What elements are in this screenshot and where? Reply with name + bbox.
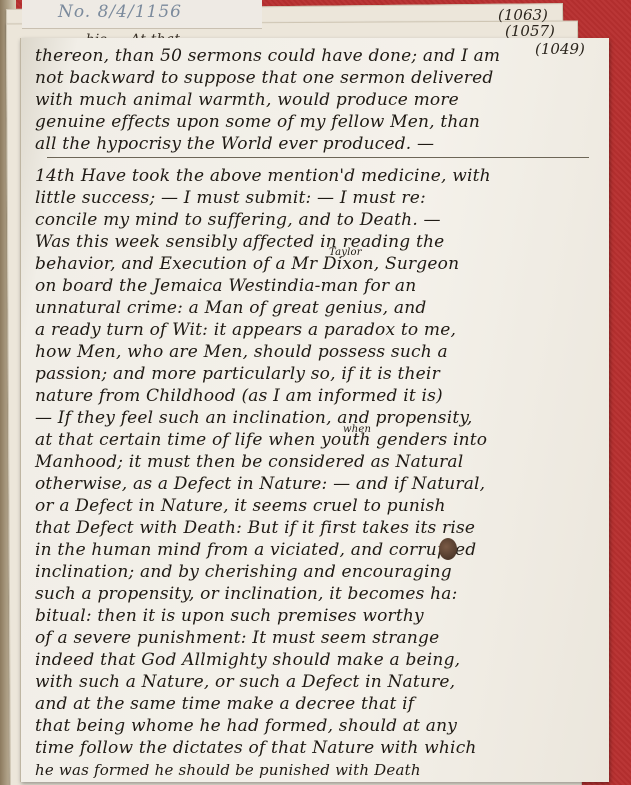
text-line: all the hypocrisy the World ever produce…: [35, 134, 599, 154]
text-line: little success; — I must submit: — I mus…: [35, 188, 599, 208]
text-line: Manhood; it must then be considered as N…: [35, 452, 599, 472]
text-line: in the human mind from a viciated, and c…: [35, 540, 599, 560]
text-line: thereon, than 50 sermons could have done…: [35, 46, 599, 66]
text-line: bitual: then it is upon such premises wo…: [35, 606, 599, 626]
text-line: 14th Have took the above mention'd medic…: [35, 166, 599, 186]
text-line: he was formed he should be punished with…: [35, 760, 599, 780]
text-line: otherwise, as a Defect in Nature: — and …: [35, 474, 599, 494]
text-line: not backward to suppose that one sermon …: [35, 68, 599, 88]
text-line: indeed that God Allmighty should make a …: [35, 650, 599, 670]
archive-note-slip: No. 8/4/1156: [22, 0, 262, 29]
wax-seal-mark: [439, 538, 457, 560]
manuscript-page: thereon, than 50 sermons could have done…: [20, 38, 609, 782]
text-line: concile my mind to suffering, and to Dea…: [35, 210, 599, 230]
insertion-taylor: Taylor: [329, 243, 599, 263]
text-line: time follow the dictates of that Nature …: [35, 738, 599, 758]
section-divider: [47, 157, 589, 158]
page-number-1049: (1049): [535, 40, 585, 58]
text-line: that being whome he had formed, should a…: [35, 716, 599, 736]
text-line: inclination; and by cherishing and encou…: [35, 562, 599, 582]
text-line: with such a Nature, or such a Defect in …: [35, 672, 599, 692]
text-line: of a severe punishment: It must seem str…: [35, 628, 599, 648]
text-line: how Men, who are Men, should possess suc…: [35, 342, 599, 362]
insertion-when: when: [343, 420, 599, 440]
text-line: genuine effects upon some of my fellow M…: [35, 112, 599, 132]
text-line: passion; and more particularly so, if it…: [35, 364, 599, 384]
text-line: a ready turn of Wit: it appears a parado…: [35, 320, 599, 340]
text-line: unnatural crime: a Man of great genius, …: [35, 298, 599, 318]
archive-note: No. 8/4/1156: [58, 2, 182, 22]
text-line: and at the same time make a decree that …: [35, 694, 599, 714]
text-line: nature from Childhood (as I am informed …: [35, 386, 599, 406]
text-line: with much animal warmth, would produce m…: [35, 90, 599, 110]
text-line: that Defect with Death: But if it first …: [35, 518, 599, 538]
text-line: such a propensity, or inclination, it be…: [35, 584, 599, 604]
text-line: or a Defect in Nature, it seems cruel to…: [35, 496, 599, 516]
text-line: on board the Jemaica Westindia-man for a…: [35, 276, 599, 296]
